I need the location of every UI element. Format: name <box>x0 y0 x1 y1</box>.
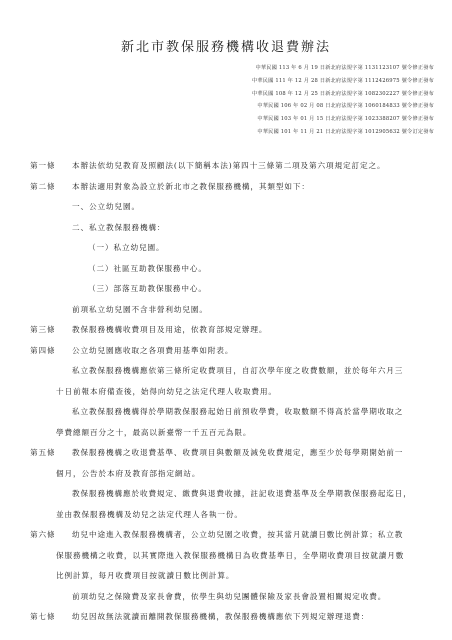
article-text: 公立幼兒園應收取之各項費用基準如附表。 <box>72 341 233 362</box>
article-text: 教保服務機構之收退費基準、收費項目與數額及減免收費規定，應至少於每學期開始前一 <box>72 443 403 464</box>
article-2-item: 二、私立教保服務機構： <box>0 218 452 239</box>
article-5-paragraph-cont: 個月，公告於本府及教育部指定網站。 <box>0 464 452 485</box>
article-label: 第六條 <box>30 525 55 546</box>
article-text: 前項私立幼兒園不含非營利幼兒園。 <box>72 300 208 321</box>
article-4-paragraph-cont: 學費總額百分之十，最高以新臺幣一千五百元為限。 <box>0 423 452 444</box>
article-5: 第五條 教保服務機構之收退費基準、收費項目與數額及減免收費規定，應至少於每學期開… <box>0 443 452 464</box>
article-text: 教保服務機構收費項目及用途，依教育部規定辦理。 <box>72 320 267 341</box>
article-label: 第三條 <box>30 320 55 341</box>
article-text: 私立教保服務機構得於學期教保服務起始日前預收學費，收取數額不得高於當學期收取之 <box>72 402 403 423</box>
article-label: 第五條 <box>30 443 55 464</box>
article-text: 教保服務機構應於收費規定、繳費與退費收據，註記收退費基準及全學期教保服務起迄日， <box>72 484 412 505</box>
article-2-subitem: （二）社區互助教保服務中心。 <box>0 259 452 280</box>
list-item: 二、私立教保服務機構： <box>72 218 165 239</box>
article-text: 私立教保服務機構應依第三條所定收費項目，自訂次學年度之收費數額，並於每年六月三 <box>72 361 403 382</box>
amendment-line: 中華民國 108 年 12 月 25 日新北府法規字第 1082302227 號… <box>174 88 434 101</box>
article-4: 第四條 公立幼兒園應收取之各項費用基準如附表。 <box>0 341 452 362</box>
article-6-paragraph-cont: 比例計算，每月收費項目按就讀日數比例計算。 <box>0 566 452 587</box>
article-text: 本辦法依幼兒教育及照顧法(以下簡稱本法)第四十三條第二項及第六項規定訂定之。 <box>72 156 386 177</box>
article-label: 第七條 <box>30 607 55 628</box>
article-text: 個月，公告於本府及教育部指定網站。 <box>56 464 200 485</box>
article-2-subitem: （一）私立幼兒園。 <box>0 238 452 259</box>
amendment-history: 中華民國 113 年 6 月 19 日新北府法規字第 1131123107 號令… <box>174 62 434 139</box>
article-text: 幼兒中途進入教保服務機構者，公立幼兒園之收費，按其當月就讀日數比例計算；私立教 <box>72 525 403 546</box>
article-text: 前項幼兒之保險費及家長會費，依學生與幼兒團體保險及家長會設置相關規定收費。 <box>72 587 386 608</box>
article-text: 幼兒因故無法就讀而離開教保服務機構，教保服務機構應依下列規定辦理退費： <box>72 607 369 628</box>
article-3: 第三條 教保服務機構收費項目及用途，依教育部規定辦理。 <box>0 320 452 341</box>
article-text: 並由教保服務機構及幼兒之法定代理人各執一份。 <box>56 505 243 526</box>
articles-body: 第一條 本辦法依幼兒教育及照顧法(以下簡稱本法)第四十三條第二項及第六項規定訂定… <box>0 156 452 628</box>
article-4-paragraph: 私立教保服務機構得於學期教保服務起始日前預收學費，收取數額不得高於當學期收取之 <box>0 402 452 423</box>
article-2-item: 一、公立幼兒園。 <box>0 197 452 218</box>
article-5-paragraph-cont: 並由教保服務機構及幼兒之法定代理人各執一份。 <box>0 505 452 526</box>
article-text: 本辦法適用對象為設立於新北市之教保服務機構，其類型如下： <box>72 177 310 198</box>
document-title: 新北市教保服務機構收退費辦法 <box>0 36 452 55</box>
list-subitem: （三）部落互助教保服務中心。 <box>88 279 207 300</box>
amendment-line: 中華民國 111 年 12 月 28 日新北府法規字第 1112426975 號… <box>174 75 434 88</box>
article-6: 第六條 幼兒中途進入教保服務機構者，公立幼兒園之收費，按其當月就讀日數比例計算；… <box>0 525 452 546</box>
article-2-paragraph: 前項私立幼兒園不含非營利幼兒園。 <box>0 300 452 321</box>
article-label: 第二條 <box>30 177 55 198</box>
article-4-paragraph-cont: 十日前報本府備查後，始得向幼兒之法定代理人收取費用。 <box>0 382 452 403</box>
article-label: 第一條 <box>30 156 55 177</box>
list-subitem: （一）私立幼兒園。 <box>88 238 164 259</box>
article-2-subitem: （三）部落互助教保服務中心。 <box>0 279 452 300</box>
article-text: 十日前報本府備查後，始得向幼兒之法定代理人收取費用。 <box>56 382 277 403</box>
list-subitem: （二）社區互助教保服務中心。 <box>88 259 207 280</box>
list-item: 一、公立幼兒園。 <box>72 197 140 218</box>
article-7: 第七條 幼兒因故無法就讀而離開教保服務機構，教保服務機構應依下列規定辦理退費： <box>0 607 452 628</box>
article-label: 第四條 <box>30 341 55 362</box>
article-2: 第二條 本辦法適用對象為設立於新北市之教保服務機構，其類型如下： <box>0 177 452 198</box>
document-page: 新北市教保服務機構收退費辦法 中華民國 113 年 6 月 19 日新北府法規字… <box>0 0 452 640</box>
article-6-paragraph: 前項幼兒之保險費及家長會費，依學生與幼兒團體保險及家長會設置相關規定收費。 <box>0 587 452 608</box>
article-1: 第一條 本辦法依幼兒教育及照顧法(以下簡稱本法)第四十三條第二項及第六項規定訂定… <box>0 156 452 177</box>
article-4-paragraph: 私立教保服務機構應依第三條所定收費項目，自訂次學年度之收費數額，並於每年六月三 <box>0 361 452 382</box>
article-text: 比例計算，每月收費項目按就讀日數比例計算。 <box>56 566 234 587</box>
amendment-line: 中華民國 103 年 01 月 15 日北府法規字第 1023388207 號令… <box>174 113 434 126</box>
article-text: 學費總額百分之十，最高以新臺幣一千五百元為限。 <box>56 423 251 444</box>
amendment-line: 中華民國 113 年 6 月 19 日新北府法規字第 1131123107 號令… <box>174 62 434 75</box>
article-text: 保服務機構之收費，以其實際進入教保服務機構日為收費基準日，全學期收費項目按就讀月… <box>56 546 404 567</box>
amendment-line: 中華民國 101 年 11 月 21 日北府法規字第 1012905632 號令… <box>174 126 434 139</box>
article-6-paragraph-cont: 保服務機構之收費，以其實際進入教保服務機構日為收費基準日，全學期收費項目按就讀月… <box>0 546 452 567</box>
amendment-line: 中華民國 106 年 02 月 08 日北府法規字第 1060184833 號令… <box>174 100 434 113</box>
article-5-paragraph: 教保服務機構應於收費規定、繳費與退費收據，註記收退費基準及全學期教保服務起迄日， <box>0 484 452 505</box>
